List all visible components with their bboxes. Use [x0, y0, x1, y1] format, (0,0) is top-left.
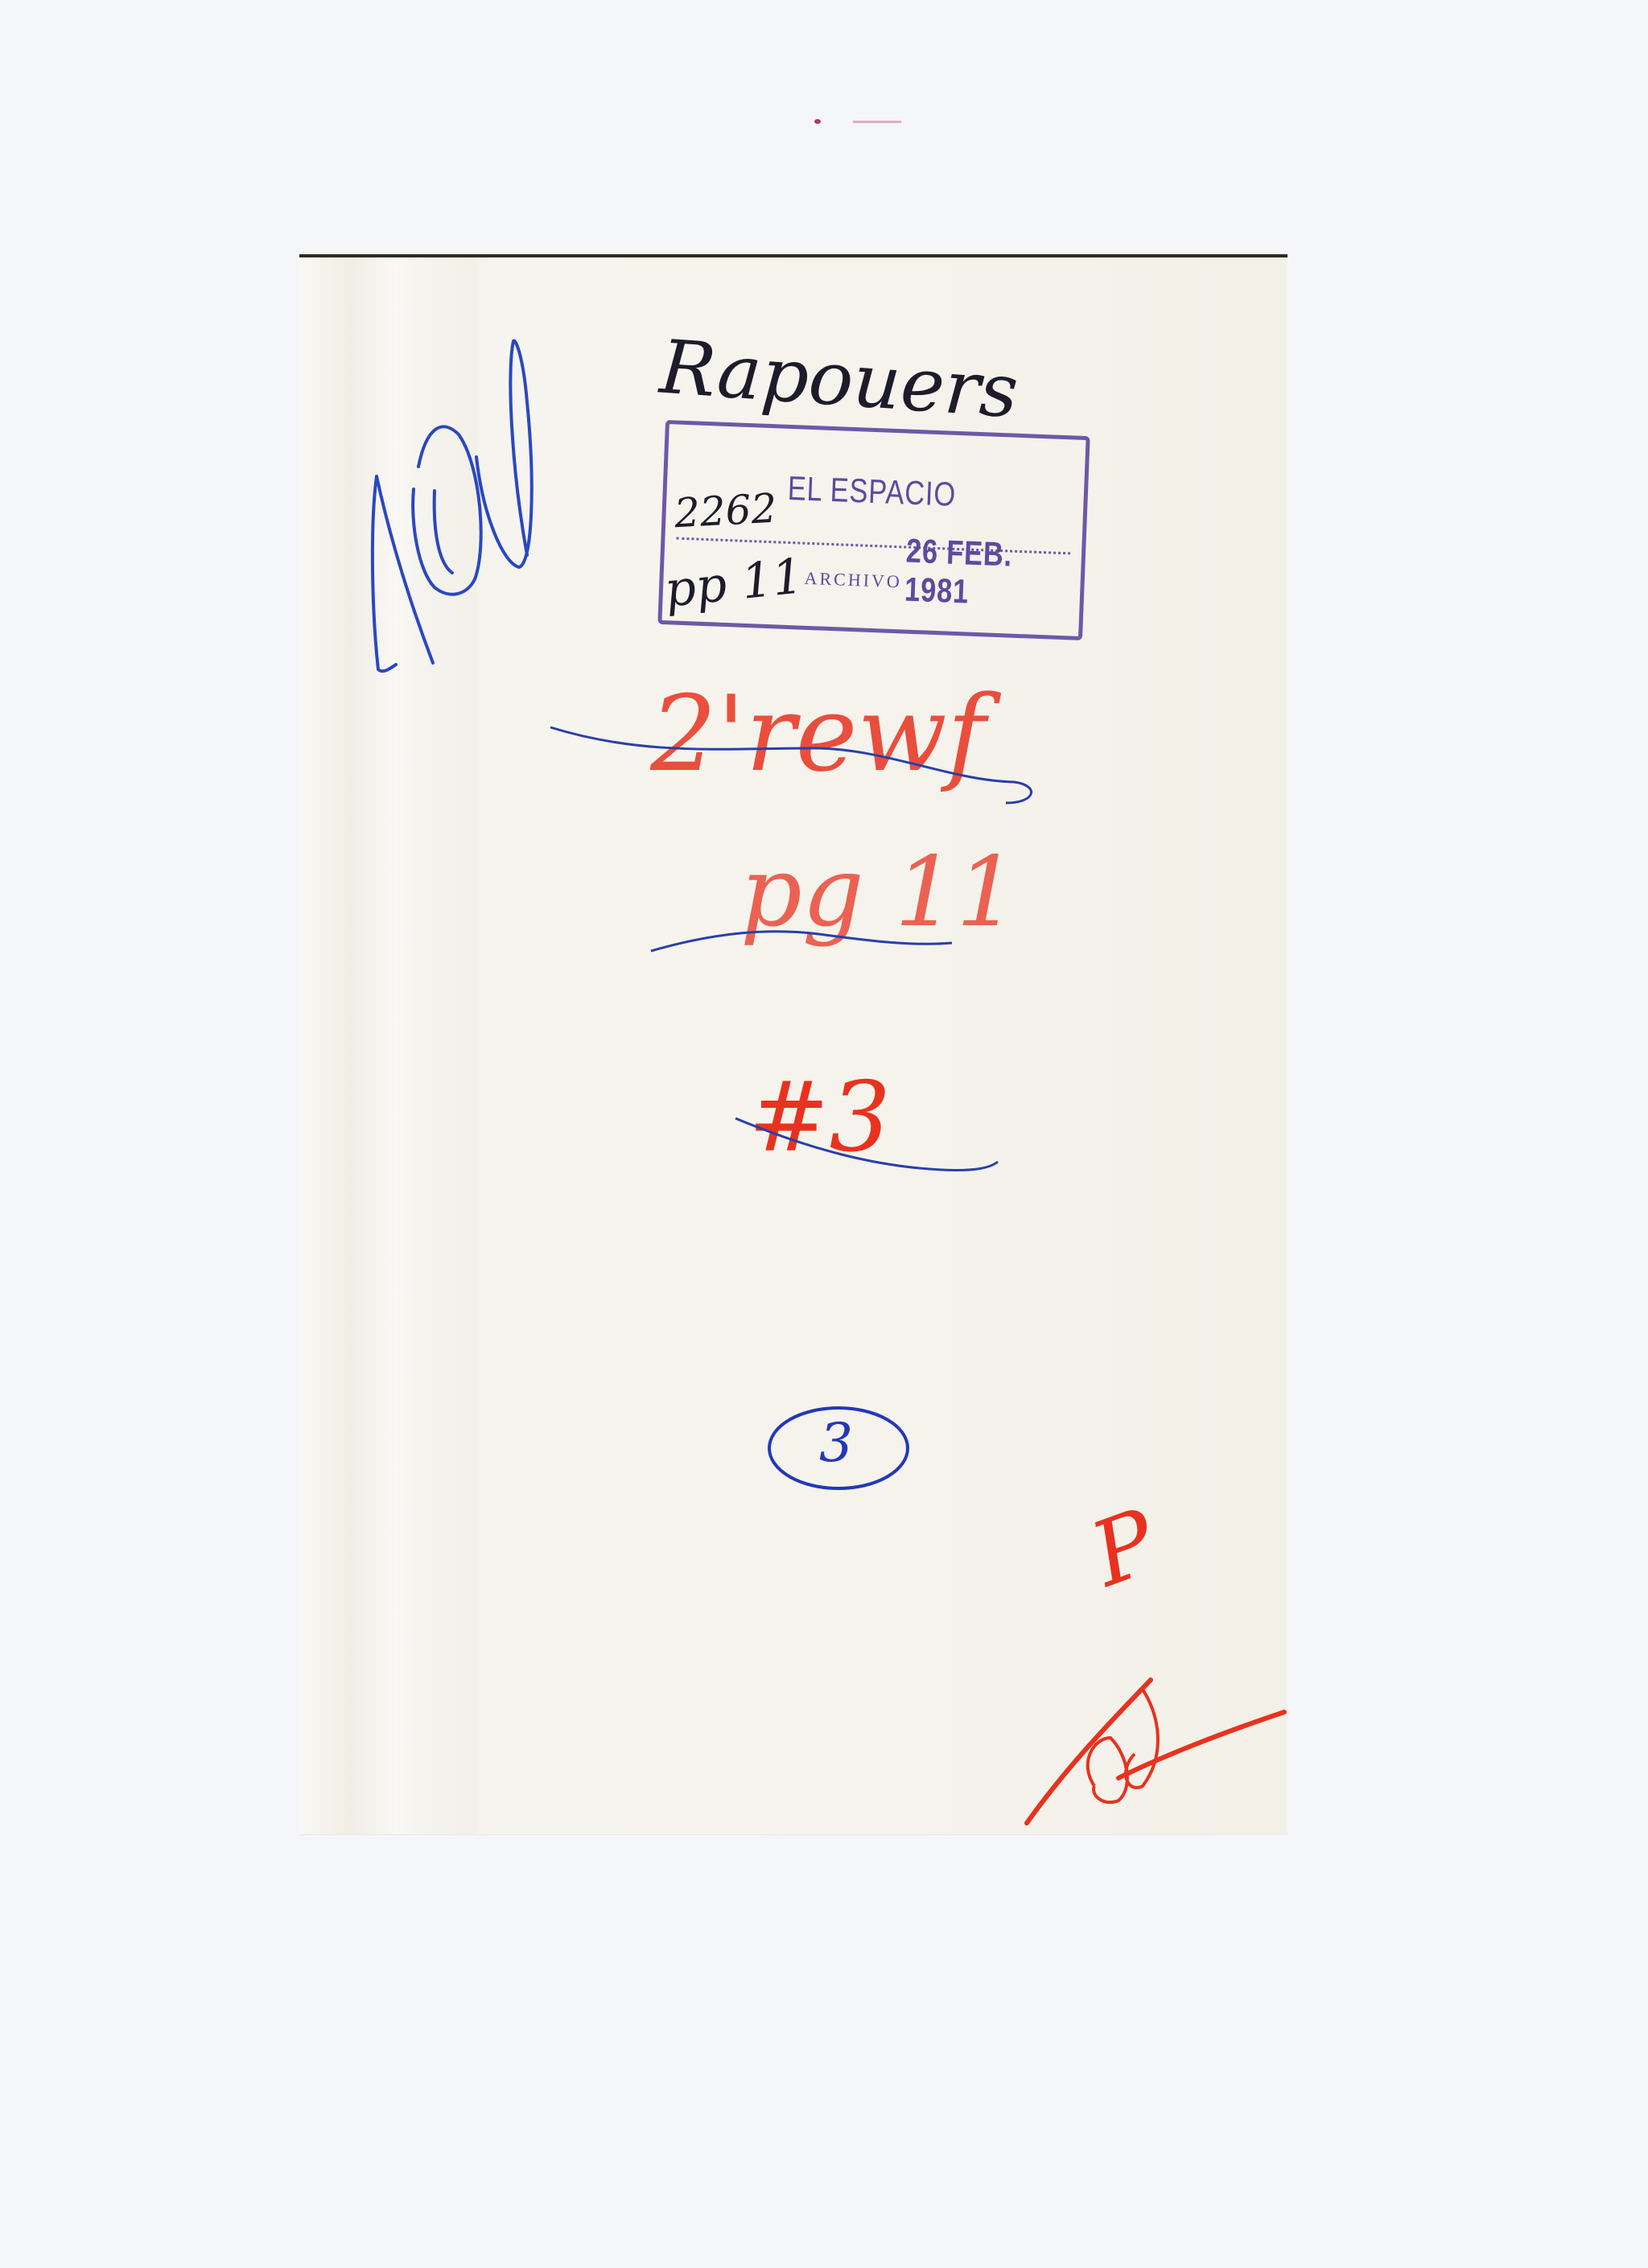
blue-strike-line-1: [547, 708, 1046, 821]
stamp-date: 26 FEB. 1981: [904, 532, 1050, 615]
file-number: 2262: [674, 485, 778, 537]
circled-number: 3: [819, 1412, 853, 1474]
blue-strike-line-3: [732, 1110, 1006, 1191]
blue-strike-line-2: [648, 877, 970, 957]
scan-speck: [853, 121, 901, 123]
stamp-title: EL ESPACIO: [787, 469, 957, 514]
stamp-archive-label: ARCHIVO: [804, 568, 902, 593]
blue-signature-mark: [354, 322, 563, 692]
scan-speck: [814, 119, 821, 124]
red-initials-signature: [1022, 1665, 1296, 1826]
